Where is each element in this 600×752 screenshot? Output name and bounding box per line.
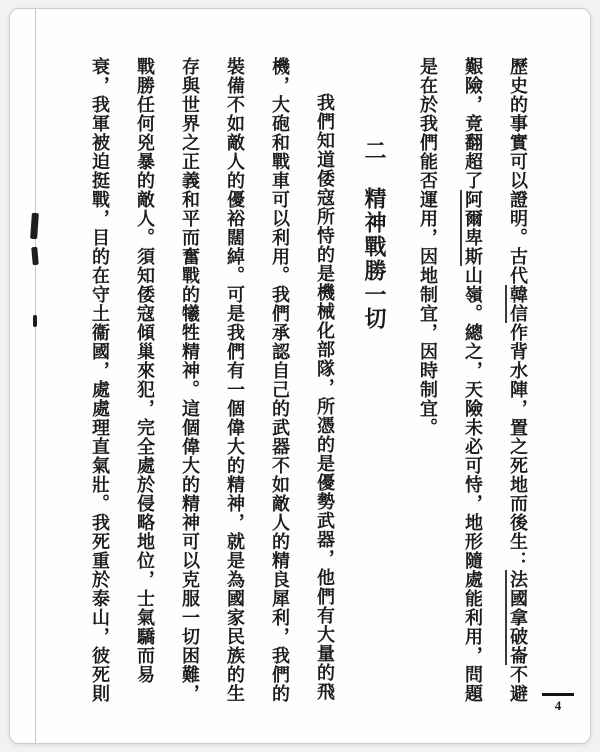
vertical-text-area: 歷史的事實可以證明。古代韓信作背水陣，置之死地而後生：法國拿破崙不避艱險，竟翻超…: [68, 57, 540, 713]
scan-binding-edge-line: [35, 9, 36, 743]
page-number: 4: [540, 699, 576, 713]
paragraph-spirit-conquers-all: 我們知道倭寇所恃的是機械化部隊，所憑的是優勢武器，他們有大量的飛機，大砲和戰車可…: [77, 57, 347, 713]
proper-noun-marked-text: 法國拿破崙: [505, 570, 528, 665]
ink-smudge: [33, 315, 37, 327]
text-segment: 歷史的事實可以證明。古代: [508, 57, 528, 285]
paragraph-terrain-examples: 歷史的事實可以證明。古代韓信作背水陣，置之死地而後生：法國拿破崙不避艱險，竟翻超…: [405, 57, 540, 713]
page-number-area: 4: [540, 693, 576, 713]
scanned-book-page: 歷史的事實可以證明。古代韓信作背水陣，置之死地而後生：法國拿破崙不避艱險，竟翻超…: [9, 8, 591, 744]
ink-smudge: [31, 247, 39, 265]
proper-noun-marked-text: 韓信: [505, 285, 528, 323]
proper-noun-marked-text: 阿爾卑斯: [460, 190, 483, 266]
section-heading: 二 精神戰勝一切: [349, 57, 399, 713]
text-segment: 作背水陣，置之死地而後生：: [508, 323, 528, 570]
page-number-rule: [542, 693, 574, 696]
ink-smudge: [30, 213, 39, 239]
